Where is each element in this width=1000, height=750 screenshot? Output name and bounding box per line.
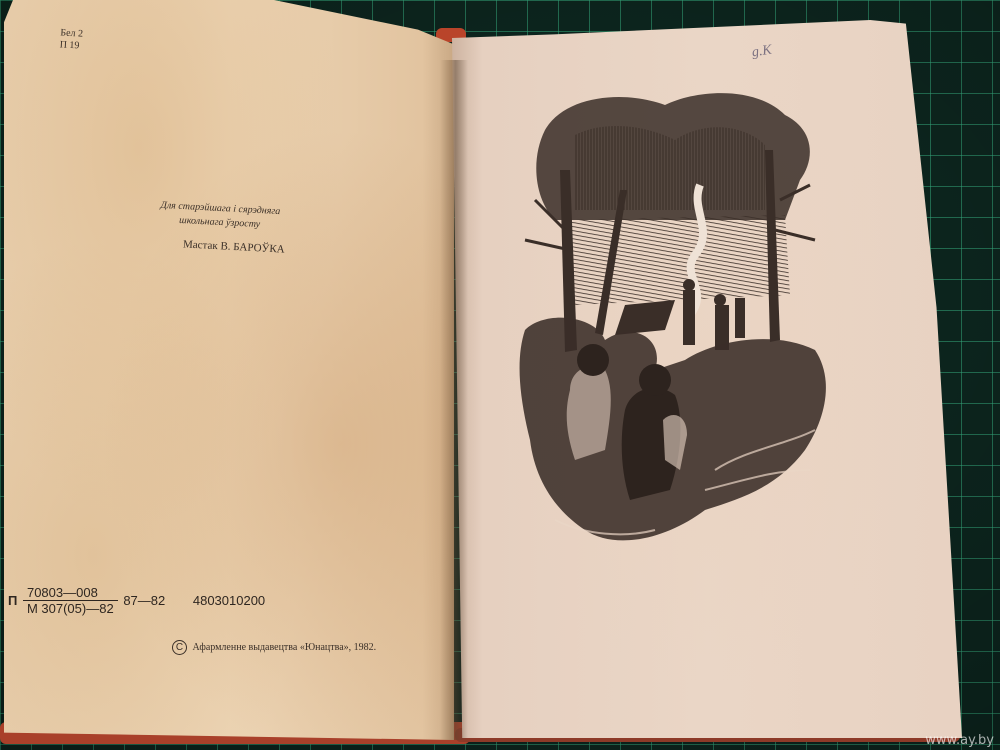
copyright-text: Афармленне выдавецтва «Юнацтва», 1982. bbox=[193, 642, 377, 653]
handwritten-note: g.K bbox=[751, 43, 773, 62]
publication-index: П 70803—008 М 307(05)—82 87—82 480301020… bbox=[8, 585, 265, 616]
index-denominator: М 307(05)—82 bbox=[23, 600, 118, 616]
left-page bbox=[4, 0, 454, 740]
index-prefix: П bbox=[8, 593, 17, 608]
watermark-text: www.ay.by bbox=[925, 733, 994, 748]
index-fraction: 70803—008 М 307(05)—82 bbox=[23, 585, 118, 616]
frontispiece-illustration bbox=[515, 90, 835, 560]
index-code: 4803010200 bbox=[193, 593, 265, 608]
copyright-icon: C bbox=[172, 640, 187, 655]
index-suffix: 87—82 bbox=[123, 593, 165, 608]
bbk-code: Бел 2 П 19 bbox=[59, 27, 83, 52]
book-gutter bbox=[440, 60, 468, 740]
index-numerator: 70803—008 bbox=[23, 585, 118, 600]
campfire-woodcut-icon bbox=[515, 90, 835, 560]
bbk-line-2: П 19 bbox=[59, 39, 82, 52]
copyright-line: C Афармленне выдавецтва «Юнацтва», 1982. bbox=[172, 640, 376, 655]
